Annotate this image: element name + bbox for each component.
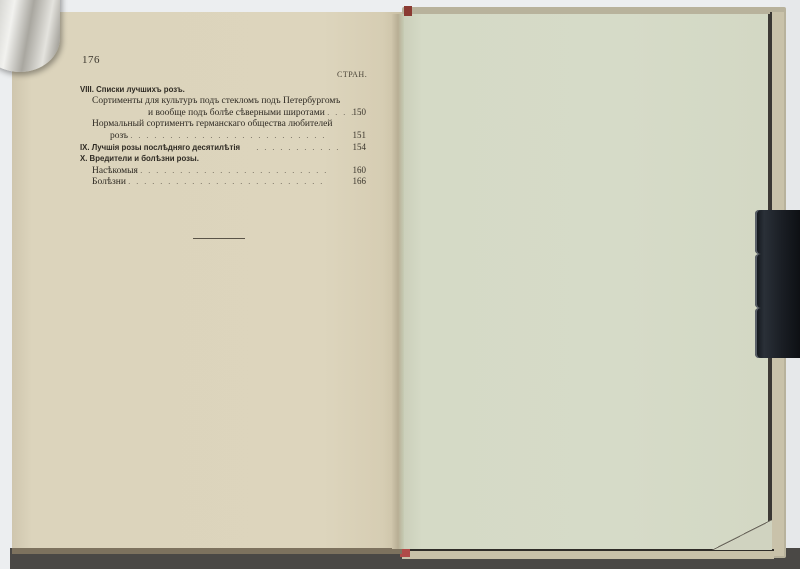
column-header: СТРАН. [337,70,367,79]
left-page-edge [12,548,402,554]
table-of-contents: VIII. Списки лучшихъ розъ. Сортименты дл… [80,84,366,188]
toc-row: розъ . . . . . . . . . . . . . . . . . .… [80,130,366,142]
toc-page-number: 150 [353,107,367,119]
toc-entry-text: Болѣзни [92,177,126,187]
toc-row: VIII. Списки лучшихъ розъ. [80,84,366,96]
toc-row: и вообще подъ болѣе сѣверными широтами .… [80,107,366,119]
toc-row: Сортименты для культуръ подъ стекломъ по… [80,96,366,108]
toc-page-number: 151 [353,130,367,142]
end-rule-divider [193,238,245,239]
toc-entry-text: Насѣкомыя [92,166,138,176]
cover-bottom-edge [402,549,774,559]
toc-page-number: 154 [353,142,367,154]
toc-leader-dots: . . . . . . . . . . . . . . . . . . . . … [140,166,328,175]
toc-row: Нормальный сортиментъ германскаго общест… [80,119,366,131]
binder-clip [755,210,800,360]
toc-section-title: IX. Лучшія розы послѣдняго десятилѣтія [80,142,240,154]
clip-segment [755,254,800,308]
toc-row: Насѣкомыя . . . . . . . . . . . . . . . … [80,165,366,177]
toc-row: IX. Лучшія розы послѣдняго десятилѣтія .… [80,142,366,154]
spine-headband-top [404,6,412,16]
toc-entry-text: Сортименты для культуръ подъ стекломъ по… [92,96,340,106]
toc-section-title: X. Вредители и болѣзни розы. [80,153,199,165]
toc-leader-dots: . . . . . . . . . . . . . . . . . . . . … [130,131,326,140]
toc-entry-text: розъ [110,131,128,141]
toc-page-number: 160 [353,165,367,177]
toc-leader-dots: . . . . . . . . . . . . . . . . . . . . … [128,177,324,186]
clip-segment [755,210,800,254]
right-endpaper [400,14,770,549]
page-number: 176 [82,54,100,66]
toc-entry-text: Нормальный сортиментъ германскаго общест… [92,119,332,129]
toc-row: Болѣзни . . . . . . . . . . . . . . . . … [80,176,366,188]
toc-page-number: 166 [353,176,367,188]
toc-leader-dots: . . . . . . . . . . . [256,143,340,152]
toc-entry-text: и вообще подъ болѣе сѣверными широтами [148,108,325,118]
book-gutter [392,14,404,549]
page-corner-fold [712,520,772,550]
toc-row: X. Вредители и болѣзни розы. [80,153,366,165]
clip-segment [755,308,800,358]
toc-section-title: VIII. Списки лучшихъ розъ. [80,84,185,96]
